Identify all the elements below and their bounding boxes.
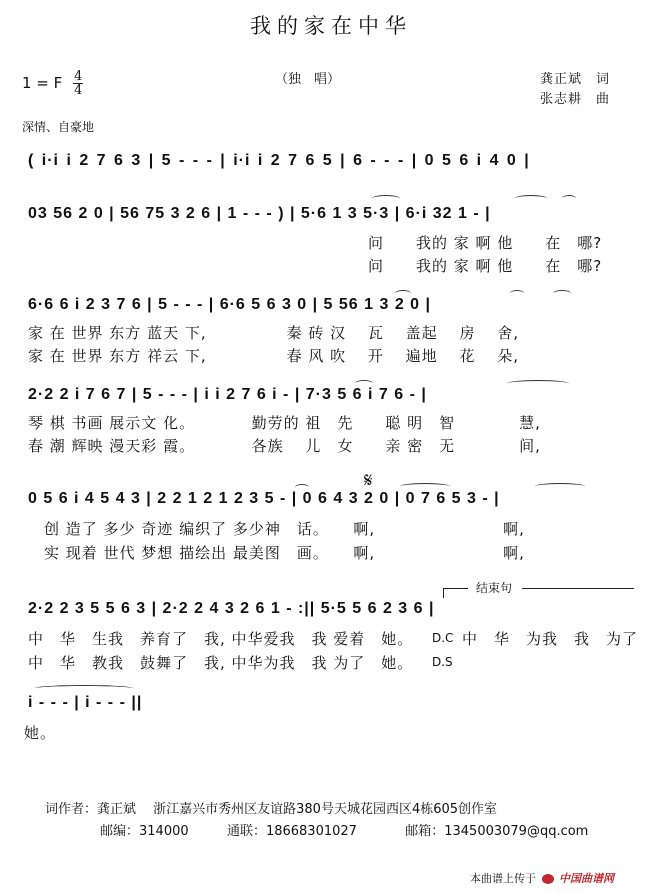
slur bbox=[553, 290, 571, 297]
time-numerator: 4 bbox=[73, 70, 83, 84]
da-capo-marking: D.C bbox=[432, 631, 453, 645]
row-3-lyric-verse-2: 家 在 世界 东方 祥云 下, 春 风 吹 开 遍地 花 朵, bbox=[28, 345, 519, 366]
row-4-lyric-verse-2: 春 潮 辉映 漫天彩 霞。 各族 儿 女 亲 密 无 间, bbox=[28, 435, 541, 456]
score-row-4-notes: 2·2 2 i 7 6 7 | 5 - - - | i i 2 7 6 i - … bbox=[28, 386, 427, 404]
slur bbox=[562, 195, 576, 202]
postcode: 314000 bbox=[139, 824, 189, 839]
slur bbox=[510, 290, 524, 297]
slur bbox=[515, 195, 547, 202]
page-title: 我的家在中华 bbox=[0, 10, 662, 40]
score-row-3-notes: 6·6 6 i 2 3 7 6 | 5 - - - | 6·6 5 6 3 0 … bbox=[28, 296, 431, 314]
postcode-label: 邮编： bbox=[100, 824, 139, 839]
coda-bracket-line bbox=[443, 588, 468, 589]
row-5-lyric-verse-2: 实 现着 世代 梦想 描绘出 最美图 画。 啊, 啊, bbox=[28, 542, 525, 563]
expression-marking: 深情、自豪地 bbox=[22, 118, 94, 135]
lyricist-credit: 龚正斌 词 bbox=[540, 68, 610, 87]
row-3-lyric-verse-1: 家 在 世界 东方 蓝天 下, 秦 砖 汉 瓦 盖起 房 舍, bbox=[28, 322, 519, 343]
slur bbox=[507, 380, 569, 387]
row-5-lyric-verse-1: 创 造了 多少 奇迹 编织了 多少神 话。 啊, 啊, bbox=[28, 518, 525, 539]
time-denominator: 4 bbox=[73, 84, 83, 97]
coda-label: 结束句 bbox=[476, 579, 512, 596]
slur bbox=[395, 290, 411, 297]
time-signature: 4 4 bbox=[73, 70, 83, 97]
composer-credit: 张志耕 曲 bbox=[540, 88, 610, 107]
row-6-lyric-verse-1: 中 华 生我 养育了 我, 中华爱我 我 爱着 她。 bbox=[28, 628, 413, 649]
slur bbox=[400, 483, 450, 490]
coda-lyric: 中 华 为我 我 为了 bbox=[462, 628, 638, 649]
slur bbox=[295, 484, 309, 491]
slur bbox=[355, 380, 373, 387]
row-7-lyric: 她。 bbox=[24, 722, 56, 743]
email-label: 邮箱： bbox=[405, 824, 444, 839]
contact-info: 邮编：314000 通联：18668301027 邮箱：1345003079@q… bbox=[100, 820, 588, 839]
slur bbox=[372, 195, 400, 202]
row-4-lyric-verse-1: 琴 棋 书画 展示文 化。 勤劳的 祖 先 聪 明 智 慧, bbox=[28, 412, 541, 433]
dal-segno-marking: D.S bbox=[432, 655, 453, 669]
score-row-7-notes: i - - - | i - - - || bbox=[28, 694, 142, 712]
phone-label: 通联： bbox=[227, 824, 266, 839]
score-row-1-notes: ( i·i i 2 7 6 3 | 5 - - - | i·i i 2 7 6 … bbox=[28, 152, 530, 170]
key-signature: 1 = F 4 4 bbox=[22, 70, 83, 97]
score-row-5-notes: 0 5 6 i 4 5 4 3 | 2 2 1 2 1 2 3 5 - | 0 … bbox=[28, 490, 500, 508]
slur bbox=[535, 483, 585, 490]
email-address: 1345003079@qq.com bbox=[444, 824, 588, 839]
watermark: 本曲谱上传于 中国曲谱网 bbox=[470, 870, 614, 886]
site-name[interactable]: 中国曲谱网 bbox=[559, 872, 614, 885]
row-2-lyric-verse-2: 问 我的 家 啊 他 在 哪? bbox=[368, 255, 602, 276]
coda-bracket-line bbox=[522, 588, 634, 589]
coda-bracket-left bbox=[443, 588, 444, 598]
watermark-text: 本曲谱上传于 bbox=[470, 872, 536, 885]
row-6-lyric-verse-2: 中 华 教我 鼓舞了 我, 中华为我 我 为了 她。 bbox=[28, 652, 413, 673]
tie bbox=[34, 685, 134, 692]
score-row-2-notes: 03 56 2 0 | 56 75 3 2 6 | 1 - - - ) | 5·… bbox=[28, 205, 491, 223]
score-row-6-notes: 2·2 2 3 5 5 6 3 | 2·2 2 4 3 2 6 1 - :|| … bbox=[28, 600, 434, 618]
performance-type: （独 唱） bbox=[275, 68, 340, 87]
key-label: 1 = F bbox=[22, 74, 62, 92]
site-logo-icon bbox=[542, 874, 554, 884]
segno-sign: 𝄋 bbox=[364, 468, 373, 492]
phone-number: 18668301027 bbox=[266, 824, 357, 839]
author-address: 词作者：龚正斌 浙江嘉兴市秀州区友谊路380号天城花园西区4栋605创作室 bbox=[45, 798, 497, 817]
row-2-lyric-verse-1: 问 我的 家 啊 他 在 哪? bbox=[368, 232, 602, 253]
